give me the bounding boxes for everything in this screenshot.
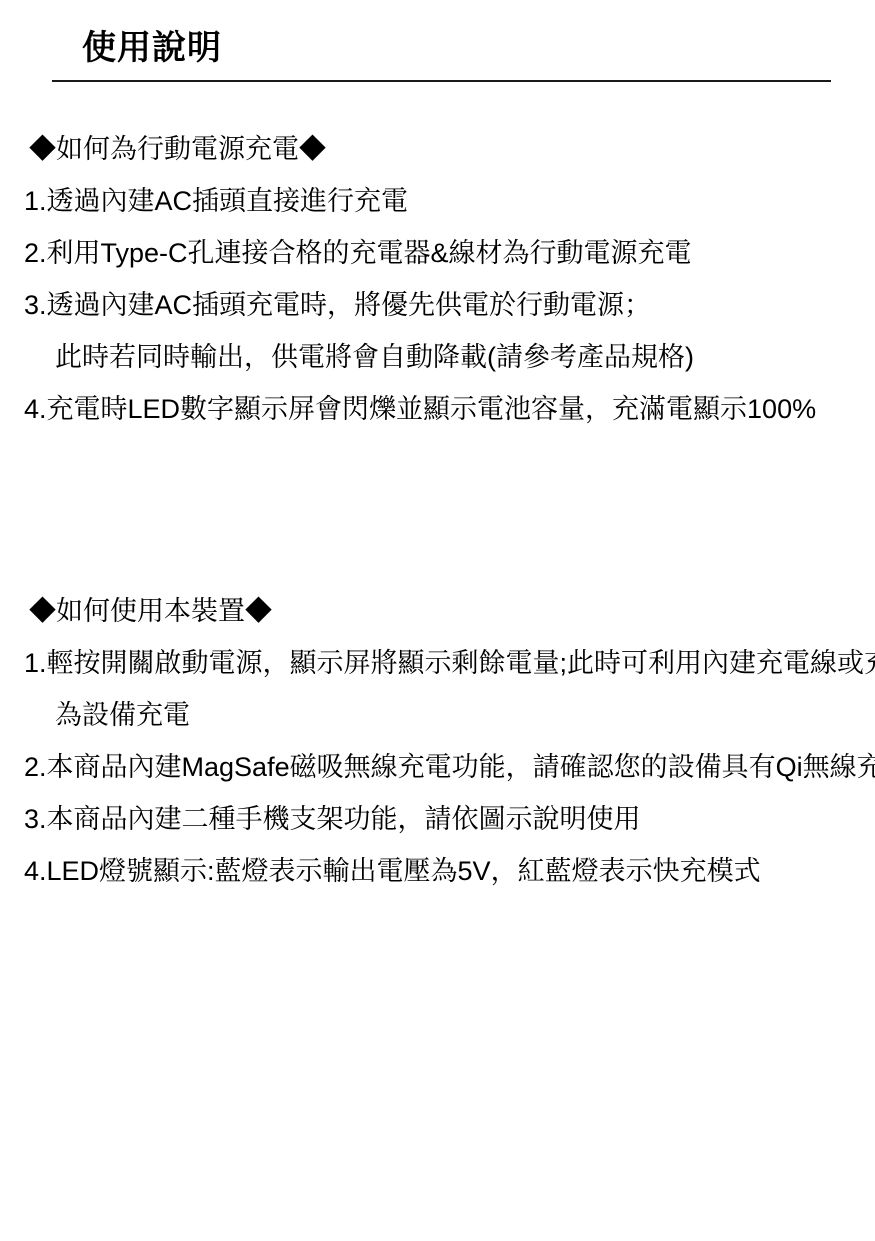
section-heading-how-to-use: ◆如何使用本裝置◆ xyxy=(0,582,875,634)
instruction-line: 1.透過內建AC插頭直接進行充電 xyxy=(0,172,875,224)
instruction-line: 4.LED燈號顯示:藍燈表示輸出電壓為5V，紅藍燈表示快充模式 xyxy=(0,842,875,894)
instruction-line: 3.透過內建AC插頭充電時，將優先供電於行動電源； xyxy=(0,276,875,328)
instruction-line-continuation: 此時若同時輸出，供電將會自動降載(請參考產品規格) xyxy=(0,328,875,380)
instruction-line: 2.本商品內建MagSafe磁吸無線充電功能，請確認您的設備具有Qi無線充電功能 xyxy=(0,738,875,790)
page-title: 使用說明 xyxy=(0,0,875,65)
instruction-line: 4.充電時LED數字顯示屏會閃爍並顯示電池容量，充滿電顯示100% xyxy=(0,380,875,432)
section-heading-how-to-charge: ◆如何為行動電源充電◆ xyxy=(0,120,875,172)
section-how-to-use: ◆如何使用本裝置◆ 1.輕按開關啟動電源，顯示屏將顯示剩餘電量;此時可利用內建充… xyxy=(0,582,875,894)
instruction-line-continuation: 為設備充電 xyxy=(0,686,875,738)
instruction-line: 1.輕按開關啟動電源，顯示屏將顯示剩餘電量;此時可利用內建充電線或充電孔， xyxy=(0,634,875,686)
instruction-line: 2.利用Type-C孔連接合格的充電器&線材為行動電源充電 xyxy=(0,224,875,276)
instruction-manual-page: 使用說明 ◆如何為行動電源充電◆ 1.透過內建AC插頭直接進行充電 2.利用Ty… xyxy=(0,0,875,1241)
title-underline xyxy=(52,80,831,82)
section-how-to-charge: ◆如何為行動電源充電◆ 1.透過內建AC插頭直接進行充電 2.利用Type-C孔… xyxy=(0,120,875,432)
instruction-line: 3.本商品內建二種手機支架功能，請依圖示說明使用 xyxy=(0,790,875,842)
